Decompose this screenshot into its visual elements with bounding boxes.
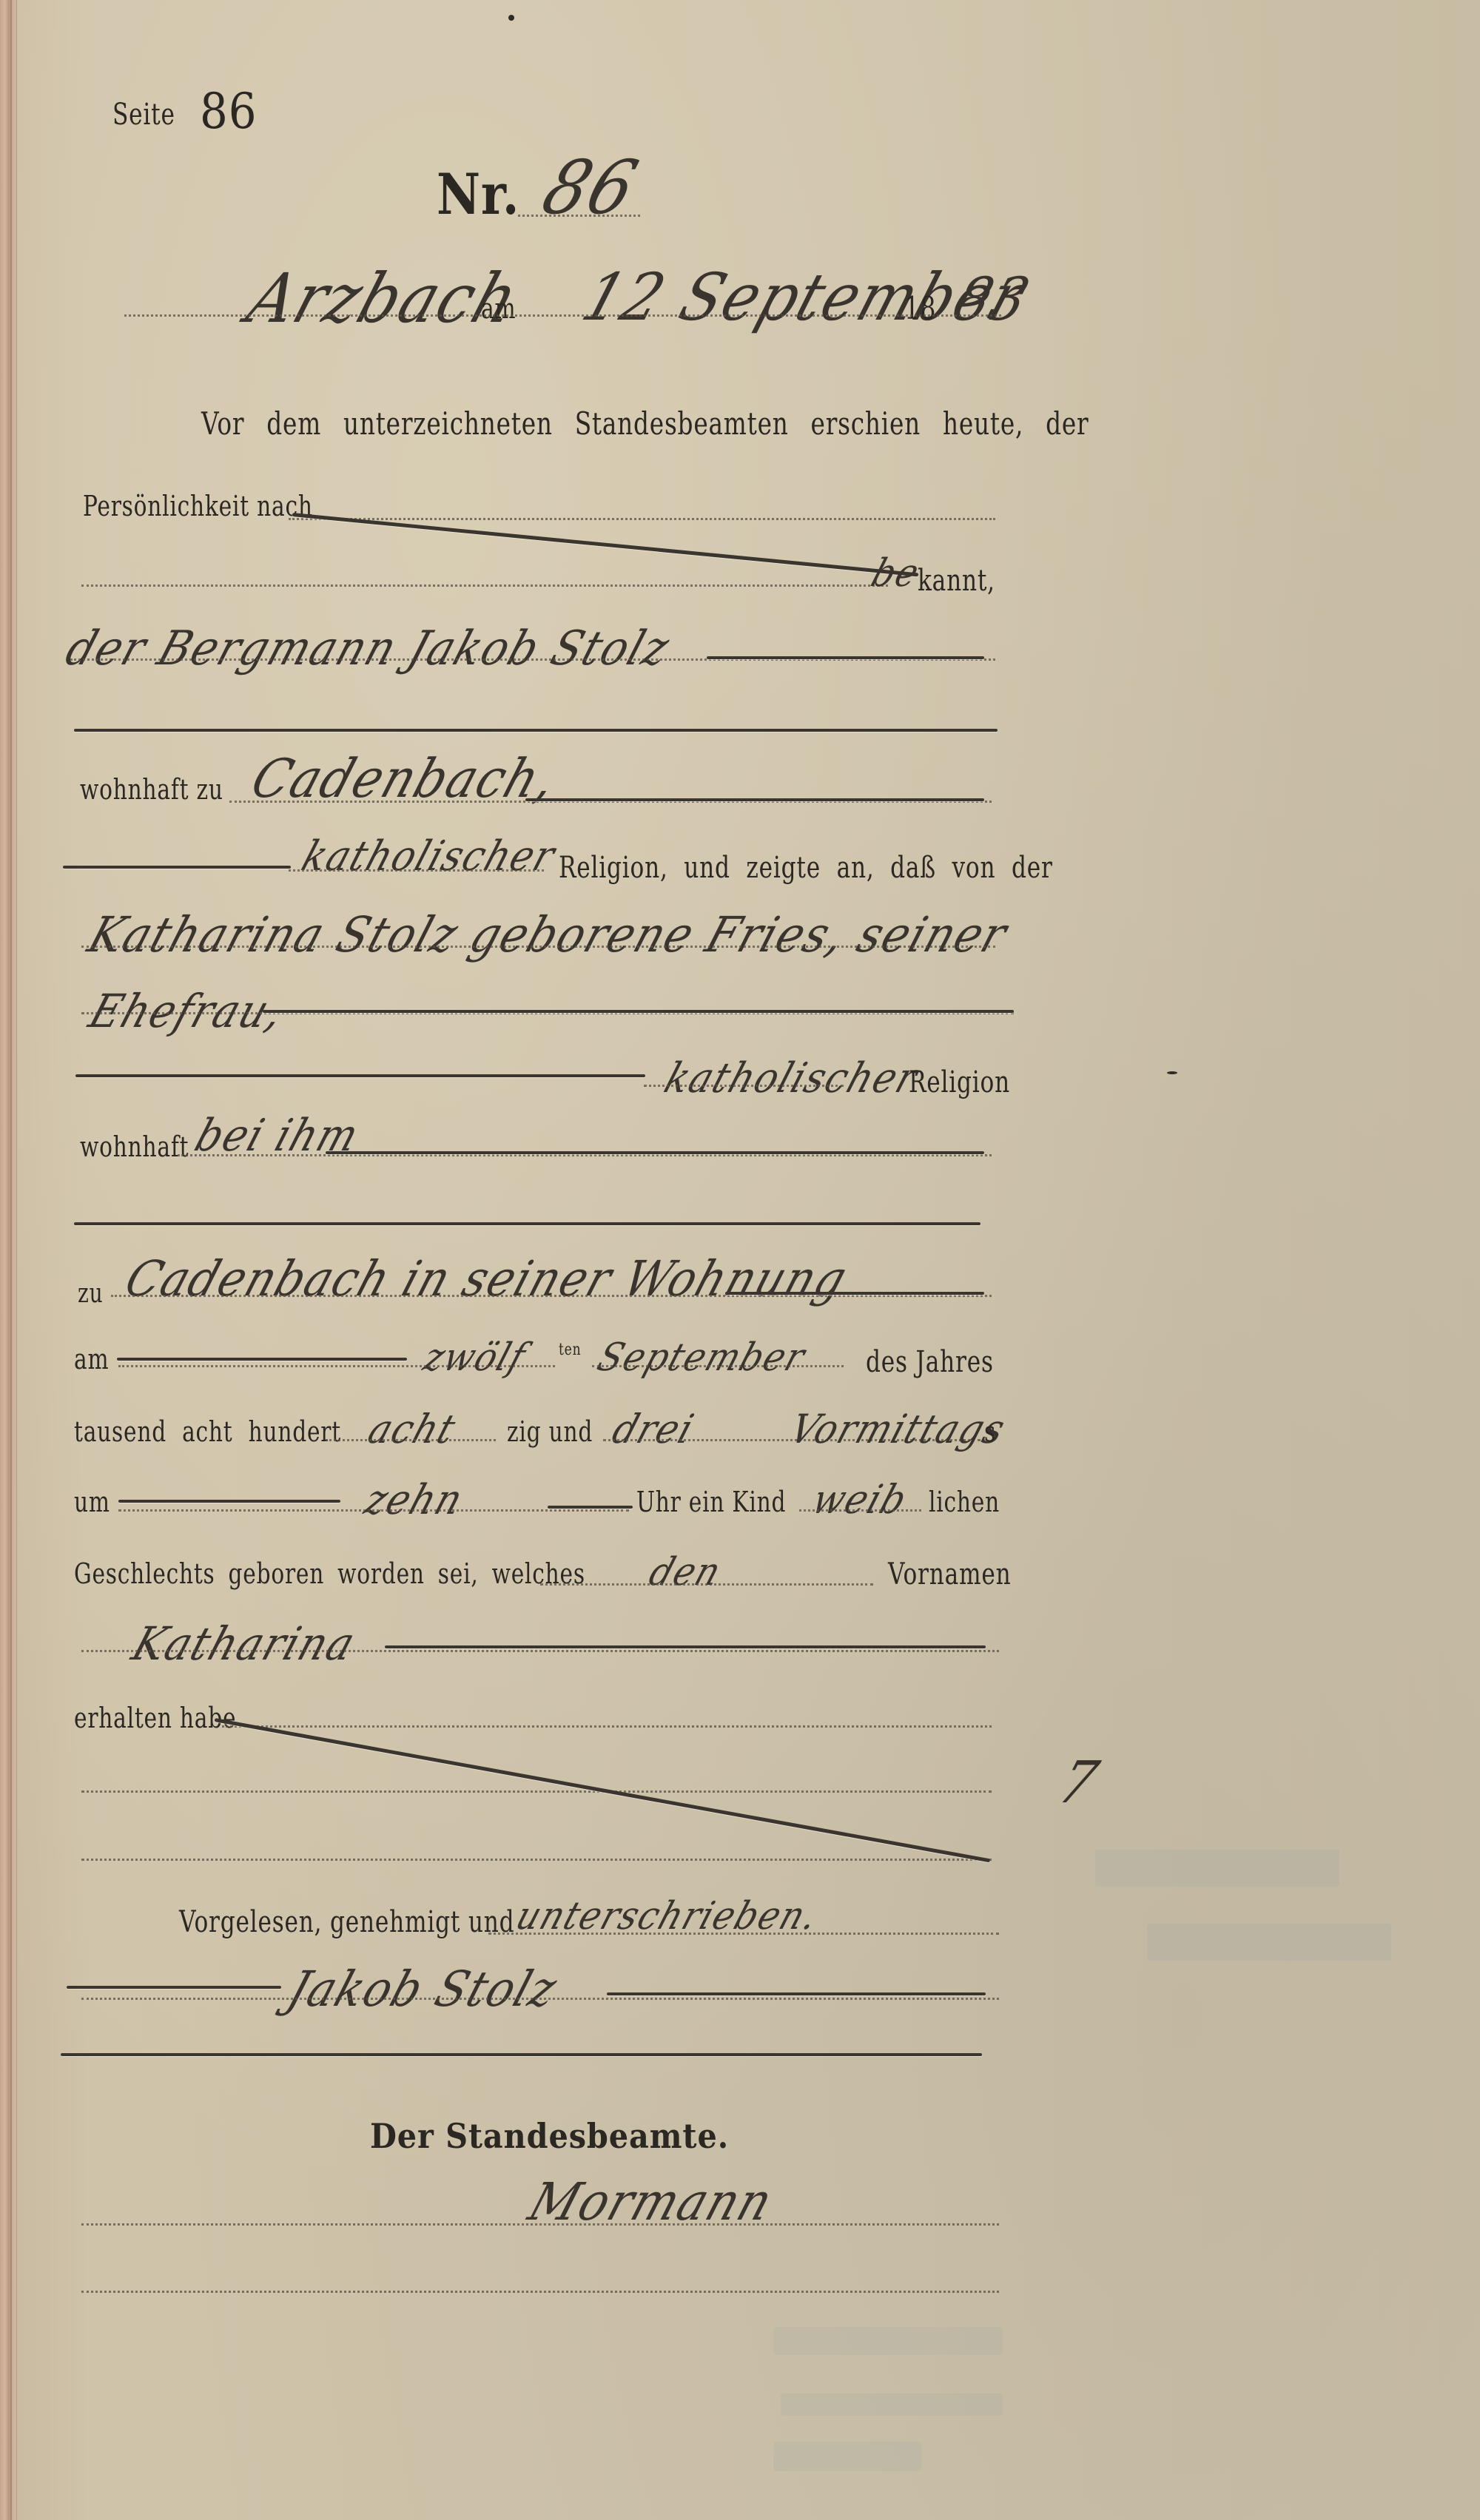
registrar-line-1 xyxy=(81,2223,999,2226)
entry-number-line xyxy=(518,215,640,217)
persoenlichkeit-line xyxy=(289,518,995,520)
ink-speck xyxy=(508,15,514,21)
signature-fill-rule-right xyxy=(607,1992,986,1995)
birth-hour: zehn xyxy=(359,1476,470,1524)
mother-name: Katharina Stolz geborene Fries, seiner xyxy=(81,906,1015,963)
birth-month: September xyxy=(592,1335,811,1380)
birth-day: zwölf xyxy=(418,1335,532,1380)
child-name-line xyxy=(81,1650,999,1652)
strike-through-line xyxy=(292,513,919,576)
margin-mark: 7 xyxy=(1051,1750,1107,1816)
erhalten-line-1 xyxy=(222,1725,992,1728)
zig-und-label: zig und xyxy=(507,1415,593,1448)
religion-clause: Religion, und zeigte an, daß von der xyxy=(559,851,1053,885)
signature-fill-rule-left xyxy=(67,1986,281,1989)
birth-place: Cadenbach in seiner Wohnung xyxy=(118,1250,855,1307)
register-page: Seite 86 Nr. 86 Arzbach am 12 September … xyxy=(0,0,1480,2520)
den-line xyxy=(540,1583,873,1586)
bekannt-handwritten: be xyxy=(866,551,926,596)
full-fill-rule xyxy=(74,729,998,732)
erhalten-habe-label: erhalten habe xyxy=(74,1702,236,1734)
day-line xyxy=(118,1365,555,1367)
ten-suffix: ten xyxy=(559,1341,581,1359)
mother-religion-line xyxy=(644,1085,844,1087)
bleed-through-stain xyxy=(781,2393,1003,2416)
hour-fill-rule xyxy=(118,1500,340,1503)
child-name: Katharina xyxy=(126,1617,363,1671)
bleed-through-stain xyxy=(1147,1924,1391,1961)
child-name-fill-rule xyxy=(385,1645,986,1648)
mother-line xyxy=(81,946,995,948)
day-fill-rule xyxy=(117,1358,407,1361)
page-binding-edge xyxy=(0,0,17,2520)
informant-fill-rule xyxy=(707,656,984,659)
informant-name: der Bergmann Jakob Stolz xyxy=(59,621,677,676)
bekannt-printed: kannt, xyxy=(918,564,995,598)
vorgelesen-label: Vorgelesen, genehmigt und xyxy=(179,1905,514,1939)
year-prefix: 18 xyxy=(904,290,936,326)
erhalten-line-2 xyxy=(81,1790,992,1793)
erhalten-line-3 xyxy=(81,1859,992,1861)
time-suffix: s xyxy=(984,1415,996,1448)
mother-religion-fill-rule xyxy=(75,1074,645,1077)
residence-fill-rule xyxy=(525,798,984,801)
entry-label: Nr. xyxy=(437,161,519,227)
unterschrieben: unterschrieben. xyxy=(511,1894,824,1938)
religion-line xyxy=(289,869,544,872)
signature-line xyxy=(81,1998,999,2000)
am-label-2: am xyxy=(74,1343,109,1375)
religion-fill-rule xyxy=(63,866,291,869)
registrar-line-2 xyxy=(81,2291,999,2293)
um-label: um xyxy=(74,1486,110,1518)
page-number: 86 xyxy=(200,83,257,140)
bekannt-line xyxy=(81,584,888,587)
vorgelesen-line xyxy=(488,1933,999,1935)
sex-line xyxy=(799,1509,921,1512)
mother-residence-fill-rule xyxy=(326,1151,984,1154)
month-line xyxy=(592,1365,844,1367)
registrar-title: Der Standesbeamte. xyxy=(370,2116,729,2156)
birth-place-line xyxy=(111,1295,992,1297)
year-tens-line xyxy=(326,1439,496,1441)
bleed-through-stain xyxy=(773,2327,1003,2355)
vornamen-label: Vornamen xyxy=(888,1557,1011,1591)
signature-fill-rule-full xyxy=(61,2053,982,2056)
den-handwritten: den xyxy=(644,1550,727,1594)
geschlechts-clause: Geschlechts geboren worden sei, welches xyxy=(74,1557,585,1590)
year-tens: acht xyxy=(363,1406,462,1452)
wohnhaft-label: wohnhaft xyxy=(80,1131,189,1163)
time-of-day: Vormittags xyxy=(784,1406,1012,1452)
persoenlichkeit-label: Persönlichkeit nach xyxy=(83,490,313,522)
hour-line xyxy=(118,1509,629,1512)
sex: weib xyxy=(807,1476,914,1523)
date-line xyxy=(124,314,1001,317)
mother-residence-line xyxy=(178,1154,992,1156)
des-jahres-label: des Jahres xyxy=(866,1345,994,1379)
uhr-kind-label: Uhr ein Kind xyxy=(636,1486,786,1518)
blank-fill-rule xyxy=(74,1222,980,1225)
ink-speck xyxy=(1167,1071,1177,1074)
hour-fill-rule-2 xyxy=(548,1506,633,1509)
informant-religion: katholischer xyxy=(296,832,562,880)
bleed-through-stain xyxy=(1095,1850,1339,1887)
page-label: Seite xyxy=(112,98,175,132)
wohnhaft-zu-label: wohnhaft zu xyxy=(80,773,223,806)
bleed-through-stain xyxy=(773,2442,921,2471)
am-label: am xyxy=(481,292,516,325)
informant-signature: Jakob Stolz xyxy=(281,1961,565,2018)
lichen-label: lichen xyxy=(929,1486,1000,1518)
relation-fill-rule xyxy=(263,1010,1014,1013)
binding-line xyxy=(10,0,12,2520)
mother-religion: katholischer xyxy=(659,1054,924,1102)
birth-place-fill-rule xyxy=(725,1292,984,1295)
religion-label: Religion xyxy=(909,1065,1010,1099)
year-units: drei xyxy=(607,1406,700,1452)
entry-number: 86 xyxy=(533,144,648,231)
intro-text: Vor dem unterzeichneten Standesbeamten e… xyxy=(201,405,1089,442)
tausend-label: tausend acht hundert xyxy=(74,1415,341,1448)
mother-relation: Ehefrau, xyxy=(83,984,292,1038)
zu-label: zu xyxy=(78,1278,103,1309)
